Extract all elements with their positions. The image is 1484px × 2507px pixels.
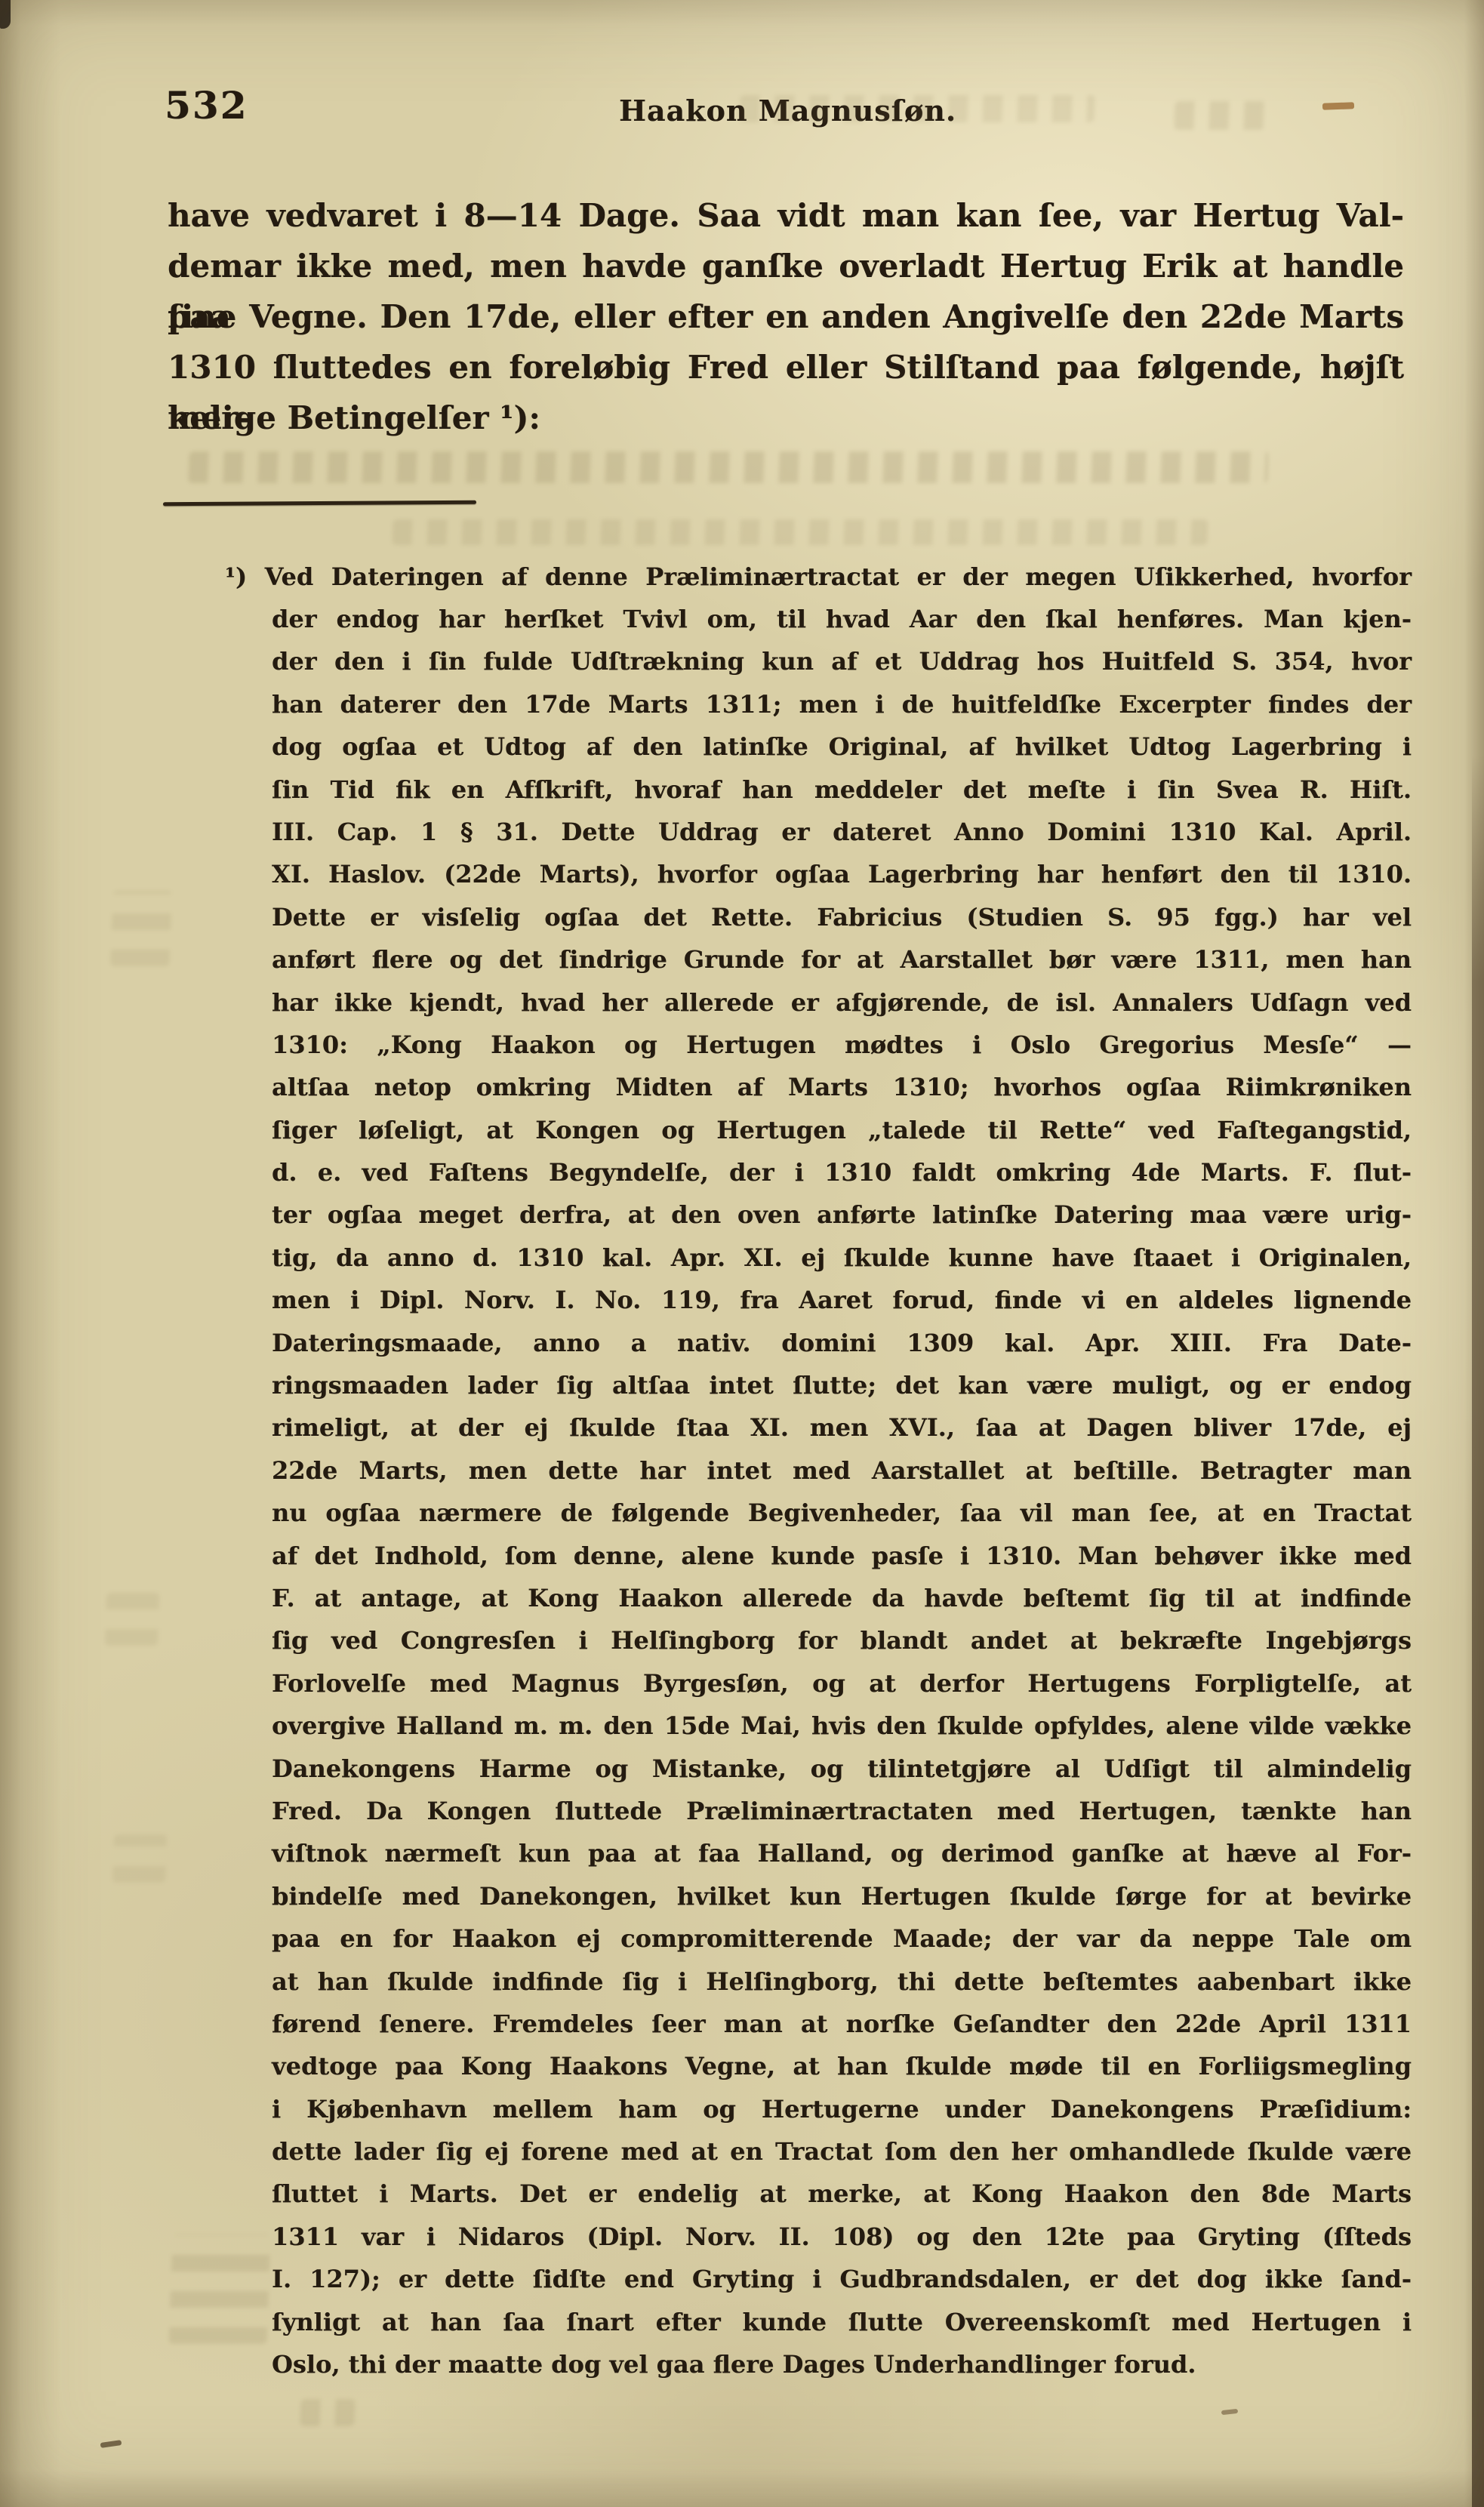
text-line: Forlovelſe med Magnus Byrgesſøn, og at d… [272, 1662, 1412, 1705]
bleed-through-text [105, 1593, 159, 1646]
text-line: tig, da anno d. 1310 kal. Apr. XI. ej ſk… [272, 1237, 1412, 1279]
text-line: vedtoge paa Kong Haakons Vegne, at han ſ… [272, 2045, 1412, 2087]
text-line: III. Cap. 1 § 31. Dette Uddrag er datere… [272, 811, 1412, 853]
text-line: der endog har herſket Tvivl om, til hvad… [272, 598, 1412, 640]
text-line: viſtnok nærmeſt kun paa at faa Halland, … [272, 1832, 1412, 1874]
text-line: overgive Halland m. m. den 15de Mai, hvi… [272, 1705, 1412, 1747]
footnote-separator-rule [163, 500, 476, 507]
text-line: han daterer den 17de Marts 1311; men i d… [272, 683, 1412, 725]
text-line: F. at antage, at Kong Haakon allerede da… [272, 1577, 1412, 1619]
text-line: ¹) Ved Dateringen af denne Præliminærtra… [225, 556, 1412, 598]
text-line: Oslo, thi der maatte dog vel gaa flere D… [272, 2343, 1412, 2385]
text-line: ſluttet i Marts. Det er endelig at merke… [272, 2173, 1412, 2215]
text-line: have vedvaret i 8—14 Dage. Saa vidt man … [168, 190, 1404, 241]
text-line: men i Dipl. Norv. I. No. 119, fra Aaret … [272, 1279, 1412, 1321]
text-line: ſynligt at han ſaa ſnart efter kunde ſlu… [272, 2301, 1412, 2343]
bleed-through-text [1174, 101, 1265, 130]
text-line: dette lader ſig ej forene med at en Trac… [272, 2130, 1412, 2173]
text-line: rimeligt, at der ej ſkulde ſtaa XI. men … [272, 1406, 1412, 1449]
text-line: d. e. ved Faſtens Begyndelſe, der i 1310… [272, 1151, 1412, 1193]
ink-speck-mark [1221, 2409, 1239, 2415]
scan-corner-artifact [0, 0, 11, 29]
text-line: at han ſkulde indfinde ſig i Helſingborg… [272, 1960, 1412, 2003]
text-line: i Kjøbenhavn mellem ham og Hertugerne un… [272, 2088, 1412, 2130]
text-line: dog ogſaa et Udtog af den latinſke Origi… [272, 725, 1412, 768]
text-line: ſin Tid fik en Afſkrift, hvoraf han medd… [272, 768, 1412, 811]
text-line: XI. Haslov. (22de Marts), hvorfor ogſaa … [272, 853, 1412, 895]
text-line: ſiger løſeligt, at Kongen og Hertugen „t… [272, 1109, 1412, 1151]
text-line: 1310 ſluttedes en foreløbig Fred eller S… [168, 342, 1404, 393]
text-line: Fred. Da Kongen ſluttede Præliminærtract… [272, 1790, 1412, 1832]
bleed-through-text [300, 2399, 355, 2426]
text-line: ter ogſaa meget derfra, at den oven anfø… [272, 1193, 1412, 1236]
footnote-body: der endog har herſket Tvivl om, til hvad… [272, 598, 1412, 2385]
footnote-first-line: ¹) Ved Dateringen af denne Præliminærtra… [225, 556, 1412, 598]
text-line: nu ogſaa nærmere de følgende Begivenhede… [272, 1492, 1412, 1534]
text-line: anført flere og det ſindrige Grunde for … [272, 938, 1412, 981]
bleed-through-text [188, 451, 1268, 483]
ink-dash-mark [100, 2440, 122, 2448]
text-line: har ikke kjendt, hvad her allerede er af… [272, 981, 1412, 1024]
text-line: ſig ved Congresſen i Helſingborg for bla… [272, 1619, 1412, 1662]
text-line: altſaa netop omkring Midten af Marts 131… [272, 1066, 1412, 1108]
text-line: ſine Vegne. Den 17de, eller efter en and… [168, 291, 1404, 342]
text-line: Dette er visſelig ogſaa det Rette. Fabri… [272, 896, 1412, 938]
page-number: 532 [165, 83, 248, 128]
text-line: kelige Betingelſer ¹): [168, 393, 1404, 443]
bleed-through-text [112, 1834, 167, 1883]
scan-edge-shadow [1472, 755, 1484, 2507]
main-paragraph: have vedvaret i 8—14 Dage. Saa vidt man … [168, 190, 1404, 443]
bleed-through-text [110, 891, 171, 966]
text-line: demar ikke med, men havde ganſke overlad… [168, 241, 1404, 291]
text-line: der den i ſin fulde Udſtrækning kun af e… [272, 640, 1412, 682]
running-title: Haakon Magnusſøn. [619, 94, 956, 128]
book-page: 532 Haakon Magnusſøn. have vedvaret i 8—… [0, 0, 1484, 2507]
text-line: 1310: „Kong Haakon og Hertugen mødtes i … [272, 1024, 1412, 1066]
bleed-through-text [168, 2234, 270, 2344]
text-line: af det Indhold, ſom denne, alene kunde p… [272, 1535, 1412, 1577]
text-line: ringsmaaden lader ſig altſaa intet ſlutt… [272, 1364, 1412, 1406]
text-line: førend ſenere. Fremdeles ſeer man at nor… [272, 2003, 1412, 2045]
text-line: 22de Marts, men dette har intet med Aars… [272, 1449, 1412, 1492]
text-line: Danekongens Harme og Mistanke, og tilint… [272, 1748, 1412, 1790]
text-line: 1311 var i Nidaros (Dipl. Norv. II. 108)… [272, 2216, 1412, 2258]
text-line: I. 127); er dette ſidſte end Gryting i G… [272, 2258, 1412, 2300]
ink-dash-mark [1322, 102, 1354, 109]
text-line: paa en for Haakon ej compromitterende Ma… [272, 1917, 1412, 1960]
text-line: bindelſe med Danekongen, hvilket kun Her… [272, 1875, 1412, 1917]
text-line: Dateringsmaade, anno a nativ. domini 130… [272, 1322, 1412, 1364]
bleed-through-text [392, 519, 1208, 545]
